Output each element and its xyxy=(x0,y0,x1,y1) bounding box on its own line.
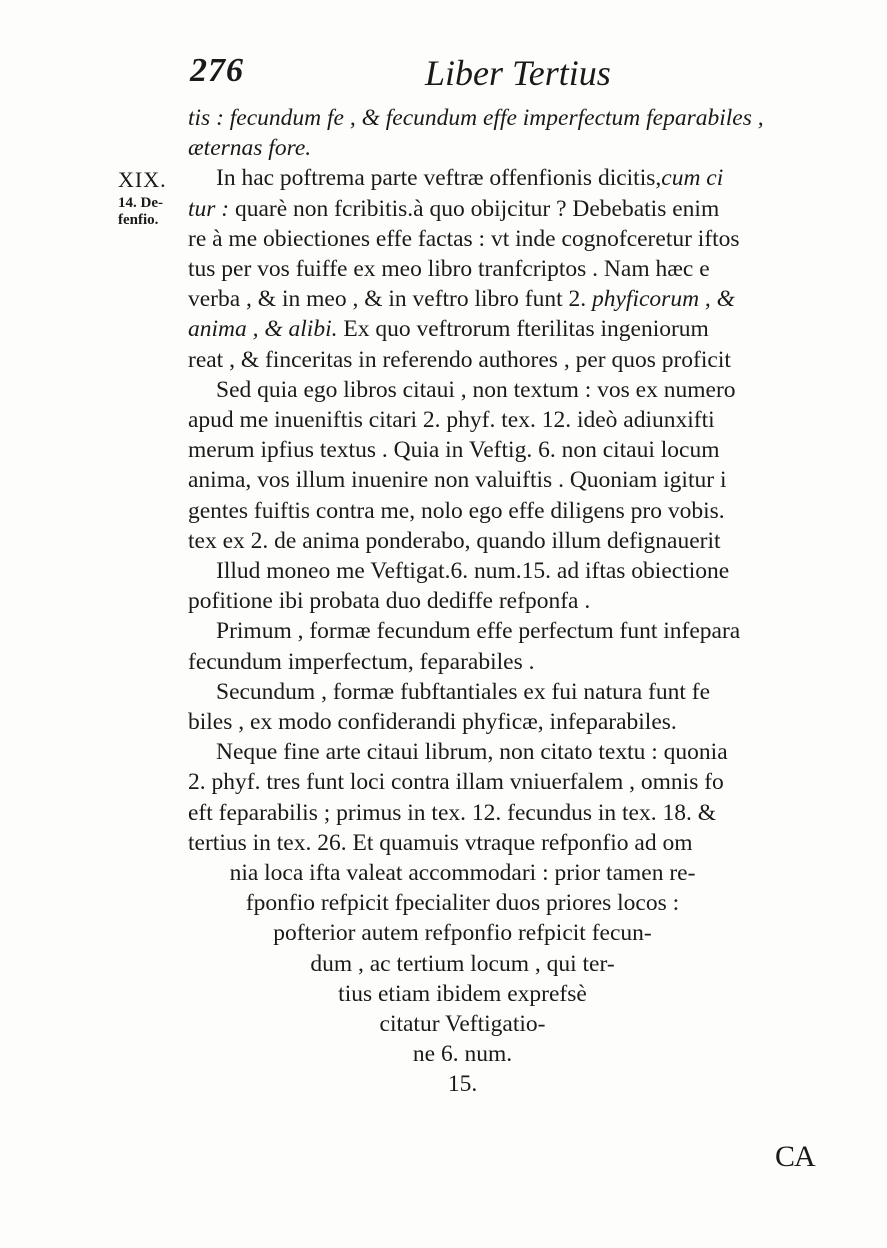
text-span: Sed quia ego libros citaui , non textum … xyxy=(216,377,736,403)
text-line: re à me obiectiones effe factas : vt ind… xyxy=(188,224,740,254)
text-line: citatur Veftigatio- xyxy=(0,1009,887,1039)
running-title: Liber Tertius xyxy=(425,52,611,94)
text-span: anima, vos illum inuenire non valuiftis … xyxy=(188,467,726,493)
text-span: In hac poftrema parte veftræ offenfionis… xyxy=(216,165,661,191)
text-span: tertius in tex. 26. Et quamuis vtraque r… xyxy=(188,830,692,856)
catchword: CA xyxy=(775,1140,815,1174)
text-span: Secundum , formæ fubftantiales ex fui na… xyxy=(216,679,710,705)
text-span: tis : fecundum fe , & fecundum effe impe… xyxy=(188,105,764,131)
text-line: fecundum imperfectum, feparabiles . xyxy=(188,647,534,677)
margin-reference-line: 14. De- xyxy=(118,195,163,212)
text-line: merum ipfius textus . Quia in Veftig. 6.… xyxy=(188,435,720,465)
italic-span: anima , & alibi. xyxy=(188,316,338,342)
text-line: anima , & alibi. Ex quo veftrorum fteril… xyxy=(188,314,709,344)
text-line: In hac poftrema parte veftræ offenfionis… xyxy=(216,163,723,193)
text-span: tus per vos fuiffe ex meo libro tranfcri… xyxy=(188,256,710,282)
text-line: dum , ac tertium locum , qui ter- xyxy=(0,949,887,979)
text-line: biles , ex modo confiderandi phyficæ, in… xyxy=(188,707,677,737)
text-line: pofterior autem refponfio refpicit fecun… xyxy=(0,918,887,948)
text-line: tur : quarè non fcribitis.à quo obijcitu… xyxy=(188,194,719,224)
text-line: tertius in tex. 26. Et quamuis vtraque r… xyxy=(188,828,692,858)
text-line: eft feparabilis ; primus in tex. 12. fec… xyxy=(188,798,716,828)
text-span: Neque fine arte citaui librum, non citat… xyxy=(216,739,728,765)
text-span: pofitione ibi probata duo dediffe refpon… xyxy=(188,588,590,614)
text-line: apud me inueniftis citari 2. phyf. tex. … xyxy=(188,405,715,435)
text-span: merum ipfius textus . Quia in Veftig. 6.… xyxy=(188,437,720,463)
text-line: pofitione ibi probata duo dediffe refpon… xyxy=(188,586,590,616)
text-line: nia loca ifta valeat accommodari : prior… xyxy=(0,858,887,888)
margin-reference: 14. De- fenfio. xyxy=(118,195,163,229)
margin-section-numeral: XIX. xyxy=(118,170,167,190)
text-line: tex ex 2. de anima ponderabo, quando ill… xyxy=(188,526,721,556)
italic-span: tur : xyxy=(188,196,229,222)
text-line: 2. phyf. tres funt loci contra illam vni… xyxy=(188,767,724,797)
text-span: Illud moneo me Veftigat.6. num.15. ad if… xyxy=(216,558,729,584)
text-span: apud me inueniftis citari 2. phyf. tex. … xyxy=(188,407,715,433)
text-span: gentes fuiftis contra me, nolo ego effe … xyxy=(188,498,725,524)
text-span: verba , & in meo , & in veftro libro fun… xyxy=(188,286,592,312)
text-line: anima, vos illum inuenire non valuiftis … xyxy=(188,465,726,495)
text-line: gentes fuiftis contra me, nolo ego effe … xyxy=(188,496,725,526)
text-span: Ex quo veftrorum fterilitas ingeniorum xyxy=(338,316,709,342)
text-line: 15. xyxy=(0,1069,887,1099)
text-line: tus per vos fuiffe ex meo libro tranfcri… xyxy=(188,254,710,284)
italic-span: cum ci xyxy=(661,165,723,191)
text-line: tis : fecundum fe , & fecundum effe impe… xyxy=(188,103,764,133)
text-line: Secundum , formæ fubftantiales ex fui na… xyxy=(216,677,710,707)
text-line: reat , & finceritas in referendo authore… xyxy=(188,345,731,375)
text-line: Sed quia ego libros citaui , non textum … xyxy=(216,375,736,405)
text-line: Neque fine arte citaui librum, non citat… xyxy=(216,737,728,767)
text-line: ne 6. num. xyxy=(0,1039,887,1069)
text-span: biles , ex modo confiderandi phyficæ, in… xyxy=(188,709,677,735)
text-line: fponfio refpicit fpecialiter duos priore… xyxy=(0,888,887,918)
document-page: 276 Liber Tertius XIX. 14. De- fenfio. t… xyxy=(0,0,887,1248)
text-line: Primum , formæ fecundum effe perfectum f… xyxy=(216,616,740,646)
text-span: eft feparabilis ; primus in tex. 12. fec… xyxy=(188,800,716,826)
text-span: æternas fore. xyxy=(188,135,311,161)
text-span: Primum , formæ fecundum effe perfectum f… xyxy=(216,618,740,644)
italic-span: phyficorum , & xyxy=(592,286,735,312)
text-span: tex ex 2. de anima ponderabo, quando ill… xyxy=(188,528,721,554)
text-line: tius etiam ibidem exprefsè xyxy=(0,979,887,1009)
text-span: re à me obiectiones effe factas : vt ind… xyxy=(188,226,740,252)
text-span: fecundum imperfectum, feparabiles . xyxy=(188,649,534,675)
text-span: reat , & finceritas in referendo authore… xyxy=(188,347,731,373)
margin-reference-line: fenfio. xyxy=(118,212,163,229)
text-line: Illud moneo me Veftigat.6. num.15. ad if… xyxy=(216,556,729,586)
text-span: 2. phyf. tres funt loci contra illam vni… xyxy=(188,769,724,795)
text-line: verba , & in meo , & in veftro libro fun… xyxy=(188,284,735,314)
text-span: quarè non fcribitis.à quo obijcitur ? De… xyxy=(229,196,719,222)
page-number: 276 xyxy=(190,52,244,90)
text-line: æternas fore. xyxy=(188,133,311,163)
